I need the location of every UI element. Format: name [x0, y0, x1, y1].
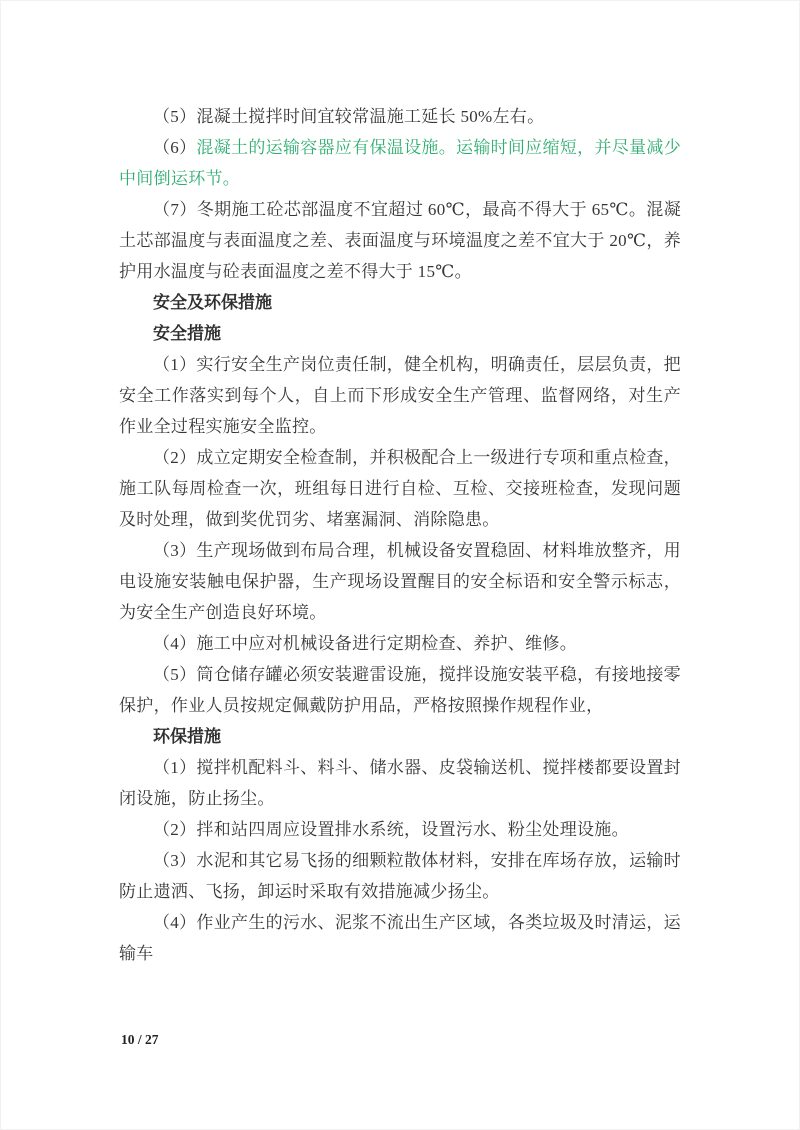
heading-safety-measures: 安全措施 [119, 318, 681, 349]
paragraph-env-3: （3）水泥和其它易飞扬的细颗粒散体材料，安排在库场存放，运输时防止遗洒、飞扬，卸… [119, 845, 681, 907]
document-body: （5）混凝土搅拌时间宜较常温施工延长 50%左右。 （6）混凝土的运输容器应有保… [1, 1, 799, 969]
heading-safety-and-environment: 安全及环保措施 [119, 287, 681, 318]
page-number-indicator: 10 / 27 [121, 1032, 159, 1048]
paragraph-winter-5: （5）混凝土搅拌时间宜较常温施工延长 50%左右。 [119, 101, 681, 132]
paragraph-winter-7: （7）冬期施工砼芯部温度不宜超过 60℃，最高不得大于 65℃。混凝土芯部温度与… [119, 194, 681, 287]
heading-environment-measures: 环保措施 [119, 721, 681, 752]
paragraph-env-1: （1）搅拌机配料斗、料斗、储水器、皮袋输送机、搅拌楼都要设置封闭设施，防止扬尘。 [119, 752, 681, 814]
paragraph-safety-2: （2）成立定期安全检查制，并积极配合上一级进行专项和重点检查，施工队每周检查一次… [119, 442, 681, 535]
paragraph-safety-4: （4）施工中应对机械设备进行定期检查、养护、维修。 [119, 628, 681, 659]
paragraph-winter-6: （6）混凝土的运输容器应有保温设施。运输时间应缩短，并尽量减少中间倒运环节。 [119, 132, 681, 194]
paragraph-winter-6-highlighted-text: 混凝土的运输容器应有保温设施。运输时间应缩短，并尽量减少中间倒运环节。 [119, 138, 681, 188]
paragraph-safety-1: （1）实行安全生产岗位责任制，健全机构，明确责任，层层负责，把安全工作落实到每个… [119, 349, 681, 442]
paragraph-winter-6-number: （6） [153, 138, 196, 157]
paragraph-env-4: （4）作业产生的污水、泥浆不流出生产区域，各类垃圾及时清运，运输车 [119, 907, 681, 969]
paragraph-safety-3: （3）生产现场做到布局合理，机械设备安置稳固、材料堆放整齐，用电设施安装触电保护… [119, 535, 681, 628]
paragraph-safety-5: （5）筒仓储存罐必须安装避雷设施，搅拌设施安装平稳，有接地接零保护，作业人员按规… [119, 659, 681, 721]
document-page: （5）混凝土搅拌时间宜较常温施工延长 50%左右。 （6）混凝土的运输容器应有保… [0, 0, 800, 1130]
paragraph-env-2: （2）拌和站四周应设置排水系统，设置污水、粉尘处理设施。 [119, 814, 681, 845]
